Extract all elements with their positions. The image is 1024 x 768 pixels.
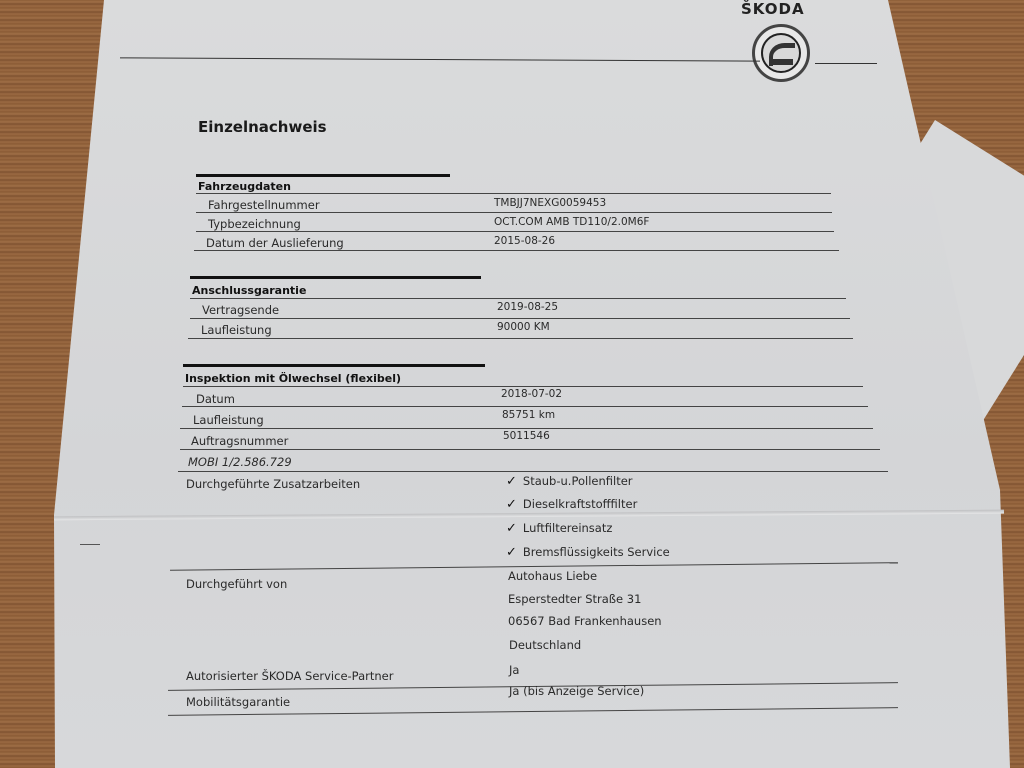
row-value: TMBJJ7NEXG0059453 xyxy=(494,197,606,209)
mobi-number: MOBI 1/2.586.729 xyxy=(188,455,292,469)
row-value: 2018-07-02 xyxy=(501,388,562,400)
row-label: Laufleistung xyxy=(193,413,264,427)
row-divider xyxy=(180,449,880,450)
mobilitaet-label: Mobilitätsgarantie xyxy=(186,695,290,709)
skoda-logo-icon xyxy=(752,24,810,82)
row-divider xyxy=(180,428,873,429)
section-heading-fahrzeugdaten: Fahrzeugdaten xyxy=(198,180,291,193)
zusatz-item: ✓Bremsflüssigkeits Service xyxy=(506,545,670,560)
row-divider xyxy=(196,231,834,232)
row-divider xyxy=(190,318,850,319)
zusatz-item-label: Luftfiltereinsatz xyxy=(523,521,613,535)
zusatz-item: ✓Staub-u.Pollenfilter xyxy=(506,474,633,489)
row-divider xyxy=(190,298,846,299)
fold-mark xyxy=(80,544,100,545)
section-bar xyxy=(190,276,481,279)
durchgefuehrt-label: Durchgeführt von xyxy=(186,577,287,591)
row-label: Fahrgestellnummer xyxy=(208,198,320,212)
mobilitaet-value: Ja (bis Anzeige Service) xyxy=(509,684,644,698)
dealer-country: Deutschland xyxy=(509,638,581,652)
section-bar xyxy=(183,364,485,367)
zusatz-item-label: Bremsflüssigkeits Service xyxy=(523,545,670,559)
zusatz-item: ✓Luftfiltereinsatz xyxy=(506,521,612,536)
document-title: Einzelnachweis xyxy=(198,118,327,136)
zusatzarbeiten-label: Durchgeführte Zusatzarbeiten xyxy=(186,477,360,491)
zusatz-item-label: Dieselkraftstofffilter xyxy=(523,497,637,511)
row-label: Datum xyxy=(196,392,235,406)
check-icon: ✓ xyxy=(506,521,517,536)
check-icon: ✓ xyxy=(506,497,517,512)
zusatz-item: ✓Dieselkraftstofffilter xyxy=(506,497,637,512)
check-icon: ✓ xyxy=(506,474,517,489)
row-value: 85751 km xyxy=(502,409,555,421)
section-heading-inspektion: Inspektion mit Ölwechsel (flexibel) xyxy=(185,372,401,385)
row-value: 2019-08-25 xyxy=(497,301,558,313)
section-bar xyxy=(196,174,450,177)
partner-value: Ja xyxy=(509,663,519,677)
dealer-street: Esperstedter Straße 31 xyxy=(508,592,641,606)
dealer-city: 06567 Bad Frankenhausen xyxy=(508,614,662,628)
header-divider-right xyxy=(815,63,877,64)
row-divider xyxy=(182,406,868,407)
row-label: Typbezeichnung xyxy=(208,217,301,231)
row-divider xyxy=(194,250,839,251)
row-divider xyxy=(196,212,832,213)
row-label: Vertragsende xyxy=(202,303,279,317)
document-page xyxy=(0,0,1024,768)
row-value: 90000 KM xyxy=(497,321,550,333)
row-label: Datum der Auslieferung xyxy=(206,236,344,250)
row-value: OCT.COM AMB TD110/2.0M6F xyxy=(494,216,649,228)
check-icon: ✓ xyxy=(506,545,517,560)
dealer-name: Autohaus Liebe xyxy=(508,569,597,583)
row-value: 2015-08-26 xyxy=(494,235,555,247)
row-label: Laufleistung xyxy=(201,323,272,337)
row-divider xyxy=(196,193,831,194)
row-divider xyxy=(183,386,863,387)
row-label: Auftragsnummer xyxy=(191,434,288,448)
row-divider xyxy=(188,338,853,339)
row-divider xyxy=(178,471,888,472)
brand-name: ŠKODA xyxy=(741,0,805,18)
section-heading-anschlussgarantie: Anschlussgarantie xyxy=(192,284,306,297)
zusatz-item-label: Staub-u.Pollenfilter xyxy=(523,474,633,488)
partner-label: Autorisierter ŠKODA Service-Partner xyxy=(186,669,393,683)
row-value: 5011546 xyxy=(503,430,550,442)
